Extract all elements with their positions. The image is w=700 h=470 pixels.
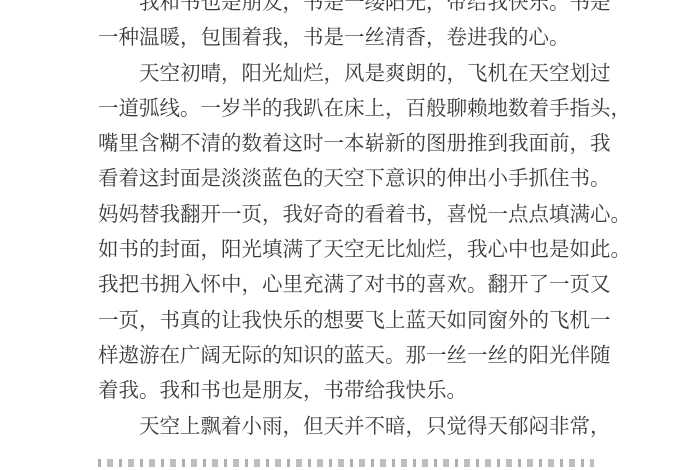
text-line: 一种温暖，包围着我，书是一丝清香，卷进我的心。 [98, 21, 602, 56]
text-line: 着我。我和书也是朋友，书带给我快乐。 [98, 374, 602, 409]
text-line: 天空上飘着小雨，但天并不暗，只觉得天郁闷非常， [98, 410, 602, 445]
essay-text-block: 我和书也是朋友，书是一缕阳光，带给我快乐。书是 一种温暖，包围着我，书是一丝清香… [98, 0, 602, 445]
text-line: 看着这封面是淡淡蓝色的天空下意识的伸出小手抓住书。 [98, 162, 602, 197]
text-line: 样遨游在广阔无际的知识的蓝天。那一丝一丝的阳光伴随 [98, 339, 602, 374]
clipped-bottom-text-line [98, 459, 594, 467]
text-line: 天空初晴，阳光灿烂，风是爽朗的，飞机在天空划过 [98, 57, 602, 92]
text-line: 一页，书真的让我快乐的想要飞上蓝天如同窗外的飞机一 [98, 304, 602, 339]
text-line: 嘴里含糊不清的数着这时一本崭新的图册推到我面前，我 [98, 127, 602, 162]
text-line: 一道弧线。一岁半的我趴在床上，百般聊赖地数着手指头， [98, 92, 602, 127]
text-line: 妈妈替我翻开一页，我好奇的看着书，喜悦一点点填满心。 [98, 198, 602, 233]
paragraph-3: 天空上飘着小雨，但天并不暗，只觉得天郁闷非常， [98, 410, 602, 445]
paragraph-1: 我和书也是朋友，书是一缕阳光，带给我快乐。书是 一种温暖，包围着我，书是一丝清香… [98, 0, 602, 57]
text-line: 如书的封面，阳光填满了天空无比灿烂，我心中也是如此。 [98, 233, 602, 268]
paragraph-2: 天空初晴，阳光灿烂，风是爽朗的，飞机在天空划过 一道弧线。一岁半的我趴在床上，百… [98, 57, 602, 410]
text-line: 我和书也是朋友，书是一缕阳光，带给我快乐。书是 [98, 0, 602, 21]
text-line: 我把书拥入怀中，心里充满了对书的喜欢。翻开了一页又 [98, 268, 602, 303]
essay-page: 我和书也是朋友，书是一缕阳光，带给我快乐。书是 一种温暖，包围着我，书是一丝清香… [0, 0, 700, 470]
